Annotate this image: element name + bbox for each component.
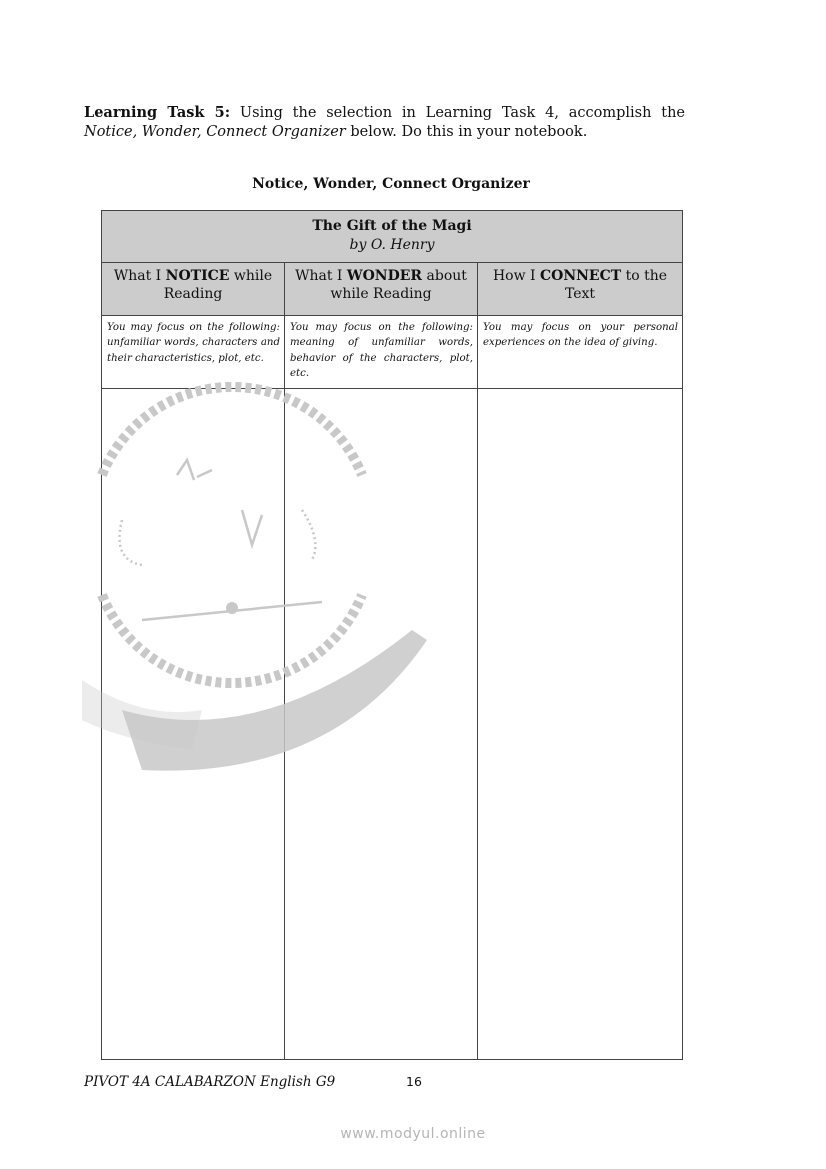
story-author: by O. Henry — [102, 236, 682, 255]
hint-connect: You may focus on your personal experienc… — [478, 316, 683, 389]
story-title: The Gift of the Magi — [102, 217, 682, 236]
organizer-name: Notice, Wonder, Connect Organizer — [84, 124, 346, 140]
organizer-title: Notice, Wonder, Connect Organizer — [101, 176, 681, 192]
learning-task-instructions: Learning Task 5: Using the selection in … — [84, 103, 685, 142]
hint-notice: You may focus on the following: unfamili… — [102, 316, 285, 389]
website-watermark: www.modyul.online — [0, 1126, 826, 1142]
column-header-connect: How I CONNECT to the Text — [478, 263, 683, 316]
notice-wonder-connect-table: The Gift of the Magi by O. Henry What I … — [101, 210, 683, 1060]
answer-area-wonder — [285, 389, 478, 1060]
page-number: 16 — [406, 1074, 422, 1089]
footer-module-name: PIVOT 4A CALABARZON English G9 — [84, 1074, 335, 1090]
column-header-wonder: What I WONDER about while Reading — [285, 263, 478, 316]
story-header: The Gift of the Magi by O. Henry — [102, 211, 683, 263]
hint-wonder: You may focus on the following: meaning … — [285, 316, 478, 389]
task-label: Learning Task 5: — [84, 104, 230, 121]
answer-area-notice — [102, 389, 285, 1060]
column-header-notice: What I NOTICE while Reading — [102, 263, 285, 316]
answer-area-connect — [478, 389, 683, 1060]
